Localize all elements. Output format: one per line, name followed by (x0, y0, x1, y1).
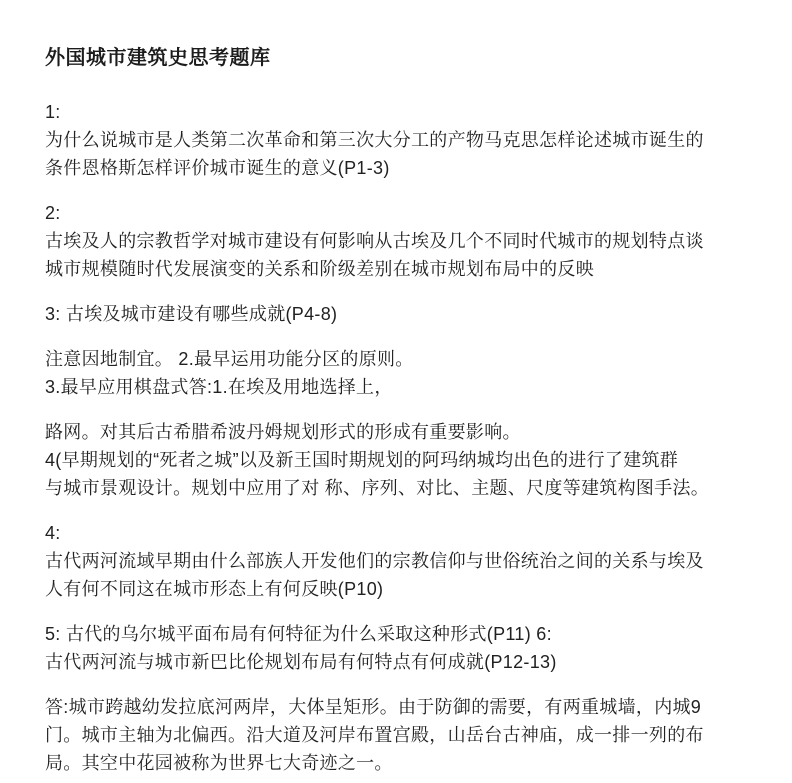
text-line: 局。其空中花园被称为世界七大奇迹之一。 (45, 749, 752, 777)
paragraph-q2: 2: 古埃及人的宗教哲学对城市建设有何影响从古埃及几个不同时代城市的规划特点谈 … (45, 199, 752, 283)
paragraph-q6-answer: 答:城市跨越幼发拉底河两岸，大体呈矩形。由于防御的需要，有两重城墙，内城9 门。… (45, 693, 752, 777)
text-line: 与城市景观设计。规划中应用了对 称、序列、对比、主题、尺度等建筑构图手法。 (45, 474, 752, 502)
text-line: 4: (45, 519, 752, 547)
text-line: 古代两河流与城市新巴比伦规划布局有何特点有何成就(P12-13) (45, 648, 752, 676)
text-line: 城市规模随时代发展演变的关系和阶级差别在城市规划布局中的反映 (45, 255, 752, 283)
text-line: 路网。对其后古希腊希波丹姆规划形式的形成有重要影响。 (45, 418, 752, 446)
document-page: 外国城市建筑史思考题库 1: 为什么说城市是人类第二次革命和第三次大分工的产物马… (0, 0, 792, 783)
document-title: 外国城市建筑史思考题库 (45, 44, 752, 72)
text-line: 门。城市主轴为北偏西。沿大道及河岸布置宫殿，山岳台古神庙，成一排一列的布 (45, 721, 752, 749)
text-line: 答:城市跨越幼发拉底河两岸，大体呈矩形。由于防御的需要，有两重城墙，内城9 (45, 693, 752, 721)
text-line: 1: (45, 98, 752, 126)
paragraph-q4: 4: 古代两河流域早期由什么部族人开发他们的宗教信仰与世俗统治之间的关系与埃及 … (45, 519, 752, 603)
text-line: 3: 古埃及城市建设有哪些成就(P4-8) (45, 300, 752, 328)
text-line: 注意因地制宜。 2.最早运用功能分区的原则。 (45, 345, 752, 373)
text-line: 3.最早应用棋盘式答:1.在埃及用地选择上， (45, 373, 752, 401)
text-line: 古埃及人的宗教哲学对城市建设有何影响从古埃及几个不同时代城市的规划特点谈 (45, 227, 752, 255)
paragraph-q3-answer: 注意因地制宜。 2.最早运用功能分区的原则。 3.最早应用棋盘式答:1.在埃及用… (45, 345, 752, 401)
paragraph-q5-q6: 5: 古代的乌尔城平面布局有何特征为什么采取这种形式(P11) 6: 古代两河流… (45, 620, 752, 676)
text-line: 为什么说城市是人类第二次革命和第三次大分工的产物马克思怎样论述城市诞生的 (45, 126, 752, 154)
text-line: 古代两河流域早期由什么部族人开发他们的宗教信仰与世俗统治之间的关系与埃及 (45, 547, 752, 575)
text-line: 5: 古代的乌尔城平面布局有何特征为什么采取这种形式(P11) 6: (45, 620, 752, 648)
text-line: 4(早期规划的“死者之城”以及新王国时期规划的阿玛纳城均出色的进行了建筑群 (45, 446, 752, 474)
paragraph-q3: 3: 古埃及城市建设有哪些成就(P4-8) (45, 300, 752, 328)
paragraph-q3-answer-continued: 路网。对其后古希腊希波丹姆规划形式的形成有重要影响。 4(早期规划的“死者之城”… (45, 418, 752, 502)
paragraph-q1: 1: 为什么说城市是人类第二次革命和第三次大分工的产物马克思怎样论述城市诞生的 … (45, 98, 752, 182)
text-line: 人有何不同这在城市形态上有何反映(P10) (45, 575, 752, 603)
text-line: 条件恩格斯怎样评价城市诞生的意义(P1-3) (45, 154, 752, 182)
text-line: 2: (45, 199, 752, 227)
